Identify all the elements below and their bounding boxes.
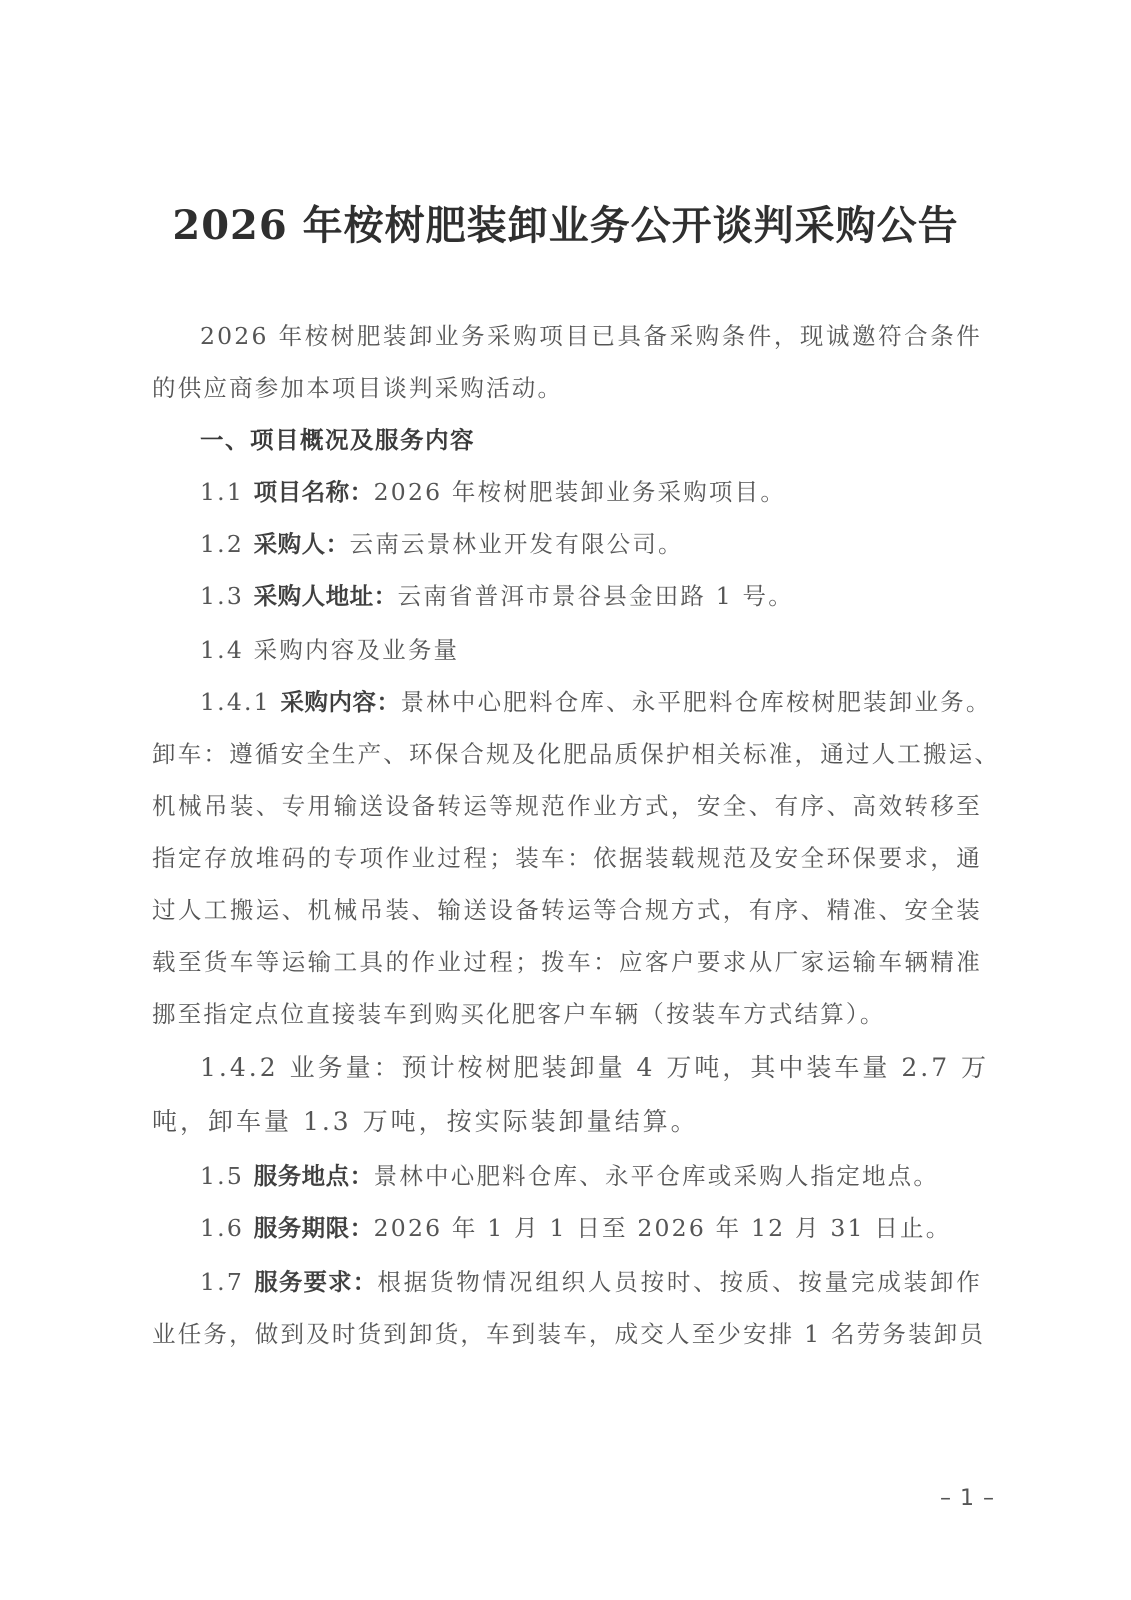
item-label: 采购内容： (280, 688, 400, 716)
item-1-4: 1.4 采购内容及业务量 (200, 630, 982, 670)
item-label: 业务量： (290, 1053, 402, 1082)
item-label: 服务要求： (254, 1268, 377, 1296)
item-text: 2026 年桉树肥装卸业务采购项目。 (374, 478, 786, 506)
item-label: 采购人地址： (254, 582, 398, 610)
item-label: 采购人： (254, 530, 350, 558)
item-number: 1.4 (200, 636, 244, 664)
item-1-7-line-1: 1.7 服务要求：根据货物情况组织人员按时、按质、按量完成装卸作 (200, 1262, 982, 1302)
item-text: 景林中心肥料仓库、永平肥料仓库桉树肥装卸业务。 (400, 688, 991, 716)
item-number: 1.5 (200, 1162, 244, 1190)
item-text: 采购内容及业务量 (254, 636, 460, 664)
item-label: 服务地点： (254, 1162, 374, 1190)
item-text: 云南省普洱市景谷县金田路 1 号。 (398, 582, 794, 610)
item-text: 景林中心肥料仓库、永平仓库或采购人指定地点。 (374, 1162, 939, 1190)
page-number: – 1 – (940, 1486, 995, 1511)
item-1-4-1-line-6: 载至货车等运输工具的作业过程；拨车：应客户要求从厂家运输车辆精准 (152, 942, 982, 982)
item-1-4-2-line-1: 1.4.2 业务量：预计桉树肥装卸量 4 万吨，其中装车量 2.7 万 (200, 1048, 982, 1088)
item-1-4-1-line-1: 1.4.1 采购内容：景林中心肥料仓库、永平肥料仓库桉树肥装卸业务。 (200, 682, 982, 722)
document-title: 2026 年桉树肥装卸业务公开谈判采购公告 (0, 196, 1131, 256)
item-1-4-1-line-7: 挪至指定点位直接装车到购买化肥客户车辆（按装车方式结算）。 (152, 994, 982, 1034)
item-number: 1.2 (200, 530, 244, 558)
item-text: 预计桉树肥装卸量 4 万吨，其中装车量 2.7 万 (402, 1053, 989, 1082)
item-1-1: 1.1 项目名称：2026 年桉树肥装卸业务采购项目。 (200, 472, 982, 512)
item-1-2: 1.2 采购人：云南云景林业开发有限公司。 (200, 524, 982, 564)
item-number: 1.4.1 (200, 688, 271, 716)
item-label: 项目名称： (254, 478, 374, 506)
item-1-3: 1.3 采购人地址：云南省普洱市景谷县金田路 1 号。 (200, 576, 982, 616)
intro-line-2: 的供应商参加本项目谈判采购活动。 (152, 368, 982, 408)
item-1-6: 1.6 服务期限：2026 年 1 月 1 日至 2026 年 12 月 31 … (200, 1208, 982, 1248)
item-number: 1.3 (200, 582, 244, 610)
item-1-4-1-line-5: 过人工搬运、机械吊装、输送设备转运等合规方式，有序、精准、安全装 (152, 890, 982, 930)
item-1-4-1-line-2: 卸车：遵循安全生产、环保合规及化肥品质保护相关标准，通过人工搬运、 (152, 734, 982, 774)
item-1-4-1-line-3: 机械吊装、专用输送设备转运等规范作业方式，安全、有序、高效转移至 (152, 786, 982, 826)
item-1-5: 1.5 服务地点：景林中心肥料仓库、永平仓库或采购人指定地点。 (200, 1156, 982, 1196)
intro-line-1: 2026 年桉树肥装卸业务采购项目已具备采购条件，现诚邀符合条件 (200, 316, 982, 356)
item-text: 云南云景林业开发有限公司。 (350, 530, 684, 558)
item-number: 1.1 (200, 478, 244, 506)
document-page: 2026 年桉树肥装卸业务公开谈判采购公告 2026 年桉树肥装卸业务采购项目已… (0, 0, 1131, 1600)
item-number: 1.6 (200, 1214, 244, 1242)
item-label: 服务期限： (254, 1214, 374, 1242)
item-1-4-2-line-2: 吨，卸车量 1.3 万吨，按实际装卸量结算。 (152, 1102, 982, 1142)
item-1-4-1-line-4: 指定存放堆码的专项作业过程；装车：依据装载规范及安全环保要求，通 (152, 838, 982, 878)
item-number: 1.7 (200, 1268, 244, 1296)
item-text: 2026 年 1 月 1 日至 2026 年 12 月 31 日止。 (374, 1214, 952, 1242)
section-heading: 一、项目概况及服务内容 (200, 420, 982, 460)
item-1-7-line-2: 业任务，做到及时货到卸货，车到装车，成交人至少安排 1 名劳务装卸员 (152, 1314, 982, 1354)
item-text: 根据货物情况组织人员按时、按质、按量完成装卸作 (377, 1268, 982, 1296)
item-number: 1.4.2 (200, 1053, 279, 1082)
